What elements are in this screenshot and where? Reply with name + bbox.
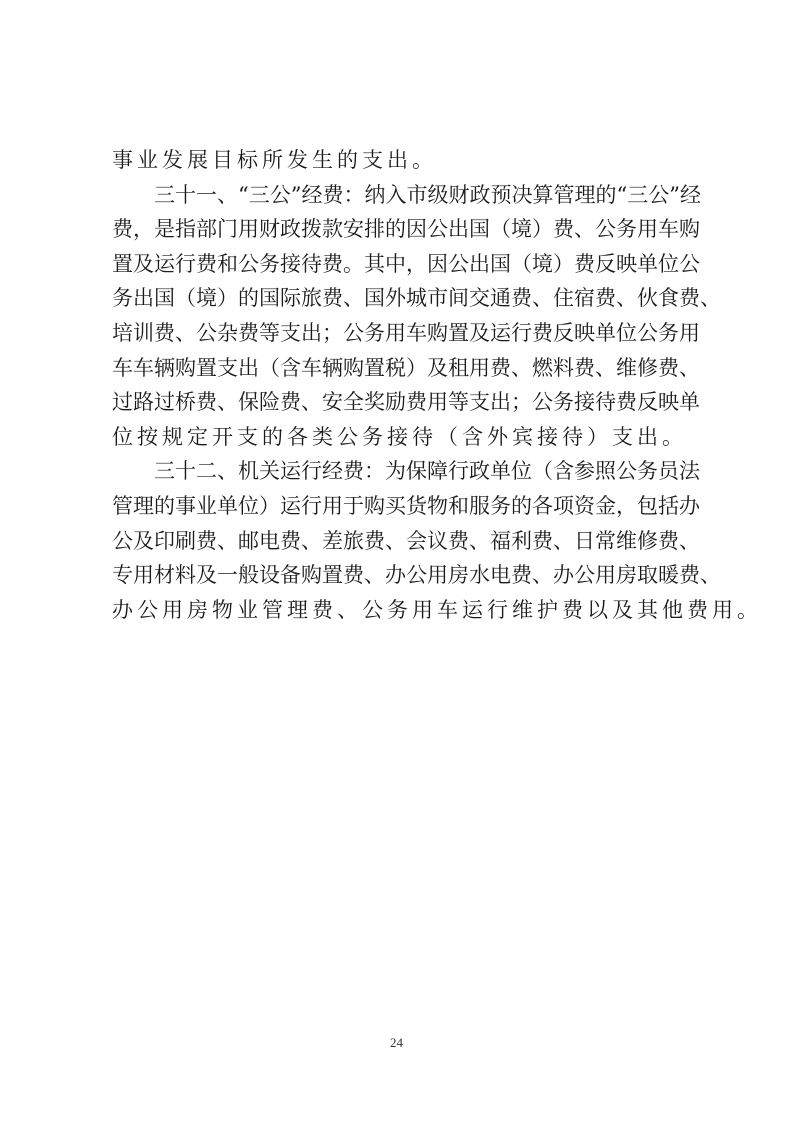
text-line: 事业发展目标所发生的支出。 bbox=[112, 143, 686, 178]
page-number: 24 bbox=[0, 1035, 793, 1051]
body-text: 事业发展目标所发生的支出。 三十一、“三公”经费：纳入市级财政预决算管理的“三公… bbox=[112, 143, 686, 627]
document-page: 事业发展目标所发生的支出。 三十一、“三公”经费：纳入市级财政预决算管理的“三公… bbox=[0, 0, 793, 1122]
text-line: 务出国（境）的国际旅费、国外城市间交通费、住宿费、伙食费、 bbox=[112, 281, 686, 316]
text-line: 过路过桥费、保险费、安全奖励费用等支出；公务接待费反映单 bbox=[112, 385, 686, 420]
text-line: 培训费、公杂费等支出；公务用车购置及运行费反映单位公务用 bbox=[112, 316, 686, 351]
text-line: 办公用房物业管理费、公务用车运行维护费以及其他费用。 bbox=[112, 593, 686, 628]
text-line: 置及运行费和公务接待费。其中，因公出国（境）费反映单位公 bbox=[112, 247, 686, 282]
paragraph-31-heading-line: 三十一、“三公”经费：纳入市级财政预决算管理的“三公”经 bbox=[112, 178, 686, 213]
text-line: 管理的事业单位）运行用于购买货物和服务的各项资金，包括办 bbox=[112, 489, 686, 524]
text-line: 公及印刷费、邮电费、差旅费、会议费、福利费、日常维修费、 bbox=[112, 524, 686, 559]
text-line: 专用材料及一般设备购置费、办公用房水电费、办公用房取暖费、 bbox=[112, 558, 686, 593]
text-line: 位按规定开支的各类公务接待（含外宾接待）支出。 bbox=[112, 420, 686, 455]
text-line: 费，是指部门用财政拨款安排的因公出国（境）费、公务用车购 bbox=[112, 212, 686, 247]
paragraph-32-heading-line: 三十二、机关运行经费：为保障行政单位（含参照公务员法 bbox=[112, 454, 686, 489]
text-line: 车车辆购置支出（含车辆购置税）及租用费、燃料费、维修费、 bbox=[112, 351, 686, 386]
